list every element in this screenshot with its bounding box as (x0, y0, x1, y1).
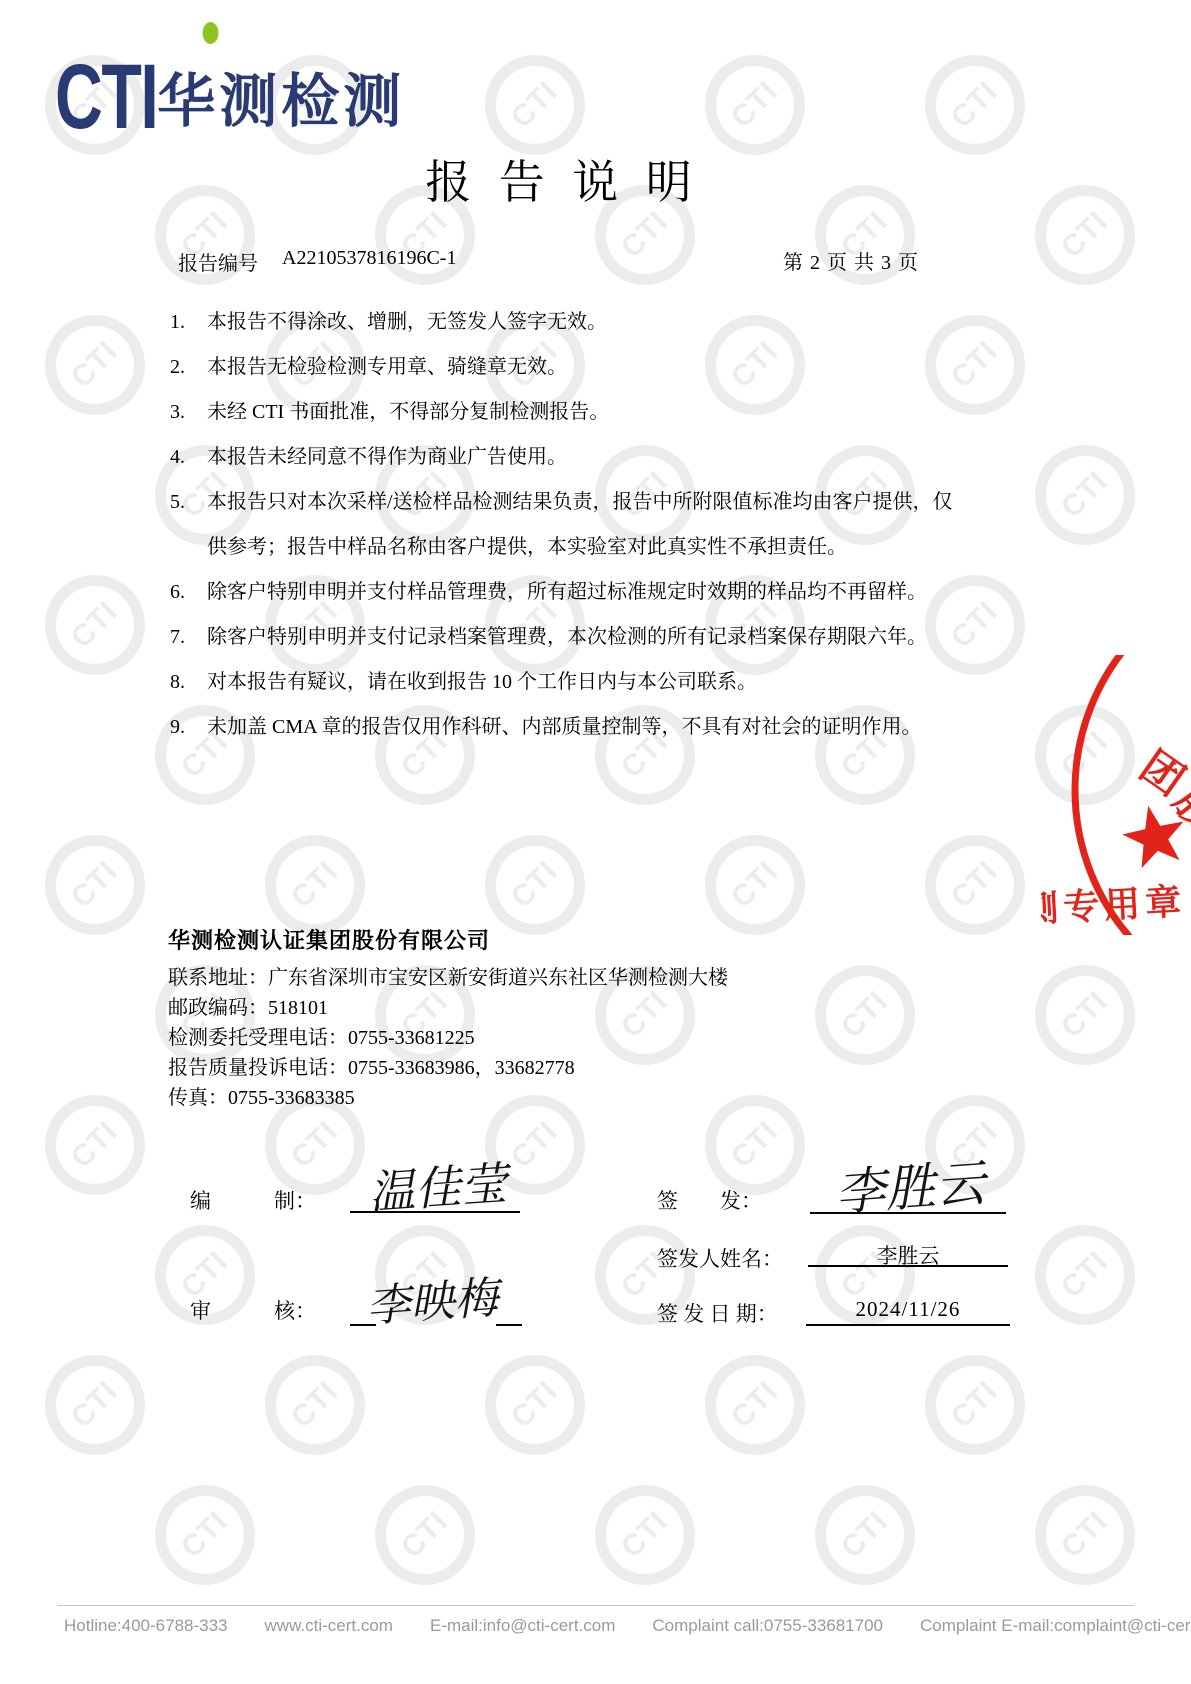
note-item: 1.本报告不得涂改、增删，无签发人签字无效。 (170, 300, 962, 345)
note-number: 2. (170, 345, 207, 390)
issue-date-value: 2024/11/26 (806, 1297, 1010, 1322)
note-text: 本报告不得涂改、增删，无签发人签字无效。 (207, 300, 962, 345)
report-no-label: 报告编号 (178, 247, 258, 276)
company-contact-line: 联系地址：广东省深圳市宝安区新安街道兴东社区华测检测大楼 (168, 963, 728, 993)
note-text: 本报告无检验检测专用章、骑缝章无效。 (207, 345, 962, 390)
note-item: 9.未加盖 CMA 章的报告仅用作科研、内部质量控制等，不具有对社会的证明作用。 (170, 705, 962, 750)
note-number: 3. (170, 390, 207, 435)
note-text: 除客户特别申明并支付记录档案管理费，本次检测的所有记录档案保存期限六年。 (207, 615, 962, 660)
note-number: 5. (170, 480, 207, 570)
report-page: CTICTICTICTICTICTICTICTICTICTICTICTICTIC… (0, 0, 1191, 1684)
note-text: 本报告只对本次采样/送检样品检测结果负责，报告中所附限值标准均由客户提供，仅供参… (207, 480, 962, 570)
review-label: 审 核： (190, 1295, 316, 1325)
footer-item: www.cti-cert.com (265, 1616, 393, 1636)
footer-item: E-mail:info@cti-cert.com (430, 1616, 615, 1636)
note-number: 7. (170, 615, 207, 660)
note-item: 6.除客户特别申明并支付样品管理费，所有超过标准规定时效期的样品均不再留样。 (170, 570, 962, 615)
seal-arc-char: 团 (1132, 742, 1191, 805)
footer-divider (57, 1605, 1134, 1606)
prepare-signature-line (350, 1211, 520, 1213)
page-title: 报 告 说 明 (0, 146, 1191, 212)
note-item: 8.对本报告有疑议，请在收到报告 10 个工作日内与本公司联系。 (170, 660, 962, 705)
review-signature-line (350, 1324, 376, 1326)
seal-arc-char: 股 (1165, 779, 1191, 841)
page-indicator: 第 2 页 共 3 页 (783, 246, 919, 275)
company-info-block: 华测检测认证集团股份有限公司 联系地址：广东省深圳市宝安区新安街道兴东社区华测检… (168, 924, 728, 1113)
seal-star-icon (1118, 799, 1191, 870)
report-no-value: A2210537816196C-1 (282, 247, 456, 270)
note-item: 2.本报告无检验检测专用章、骑缝章无效。 (170, 345, 962, 390)
company-contact-line: 传真：0755-33683385 (168, 1083, 728, 1113)
note-number: 9. (170, 705, 207, 750)
note-number: 8. (170, 660, 207, 705)
issue-date-label: 签 发 日 期： (657, 1298, 778, 1328)
note-number: 6. (170, 570, 207, 615)
prepare-label: 编 制： (190, 1185, 316, 1215)
note-text: 对本报告有疑议，请在收到报告 10 个工作日内与本公司联系。 (207, 660, 962, 705)
notes-list: 1.本报告不得涂改、增删，无签发人签字无效。2.本报告无检验检测专用章、骑缝章无… (170, 300, 962, 750)
footer-contact-bar: Hotline:400-6788-333www.cti-cert.comE-ma… (64, 1616, 1151, 1636)
company-contact-lines: 联系地址：广东省深圳市宝安区新安街道兴东社区华测检测大楼邮政编码：518101检… (168, 963, 728, 1113)
issue-signature-line (810, 1212, 1006, 1214)
cti-logo-ct: CT (55, 46, 140, 148)
note-number: 1. (170, 300, 207, 345)
note-item: 4.本报告未经同意不得作为商业广告使用。 (170, 435, 962, 480)
company-contact-line: 报告质量投诉电话：0755-33683986，33682778 (168, 1053, 728, 1083)
company-contact-line: 邮政编码：518101 (168, 993, 728, 1023)
cti-logo-chinese: 华测检测 (157, 72, 405, 132)
note-text: 未经 CTI 书面批准，不得部分复制检测报告。 (207, 390, 962, 435)
footer-item: Hotline:400-6788-333 (64, 1616, 228, 1636)
seal-bottom-text: 测专用章 (1041, 880, 1187, 930)
note-item: 7.除客户特别申明并支付记录档案管理费，本次检测的所有记录档案保存期限六年。 (170, 615, 962, 660)
seal-ring (1075, 655, 1191, 935)
issuer-name-line (808, 1265, 1008, 1267)
note-item: 3.未经 CTI 书面批准，不得部分复制检测报告。 (170, 390, 962, 435)
review-signature-line (496, 1324, 522, 1326)
cti-logo-letters: CTI (55, 62, 157, 132)
company-contact-line: 检测委托受理电话：0755-33681225 (168, 1023, 728, 1053)
issuer-name-label: 签发人姓名： (657, 1243, 783, 1273)
company-name: 华测检测认证集团股份有限公司 (168, 924, 728, 955)
note-text: 除客户特别申明并支付样品管理费，所有超过标准规定时效期的样品均不再留样。 (207, 570, 962, 615)
company-seal-stamp: 团 股 测专用章 (1041, 655, 1191, 935)
note-number: 4. (170, 435, 207, 480)
cti-logo: CTI 华测检测 (55, 56, 405, 132)
issue-label: 签 发： (657, 1185, 762, 1215)
issue-date-line (806, 1324, 1010, 1326)
footer-item: Complaint call:0755-33681700 (652, 1616, 883, 1636)
cti-logo-i: I (140, 46, 157, 148)
page-content: CTI 华测检测 报 告 说 明 报告编号 A2210537816196C-1 … (0, 0, 1191, 1684)
green-dot-icon (202, 22, 218, 44)
note-text: 未加盖 CMA 章的报告仅用作科研、内部质量控制等，不具有对社会的证明作用。 (207, 705, 962, 750)
note-item: 5.本报告只对本次采样/送检样品检测结果负责，报告中所附限值标准均由客户提供，仅… (170, 480, 962, 570)
note-text: 本报告未经同意不得作为商业广告使用。 (207, 435, 962, 480)
footer-item: Complaint E-mail:complaint@cti-cert.com (920, 1616, 1191, 1636)
